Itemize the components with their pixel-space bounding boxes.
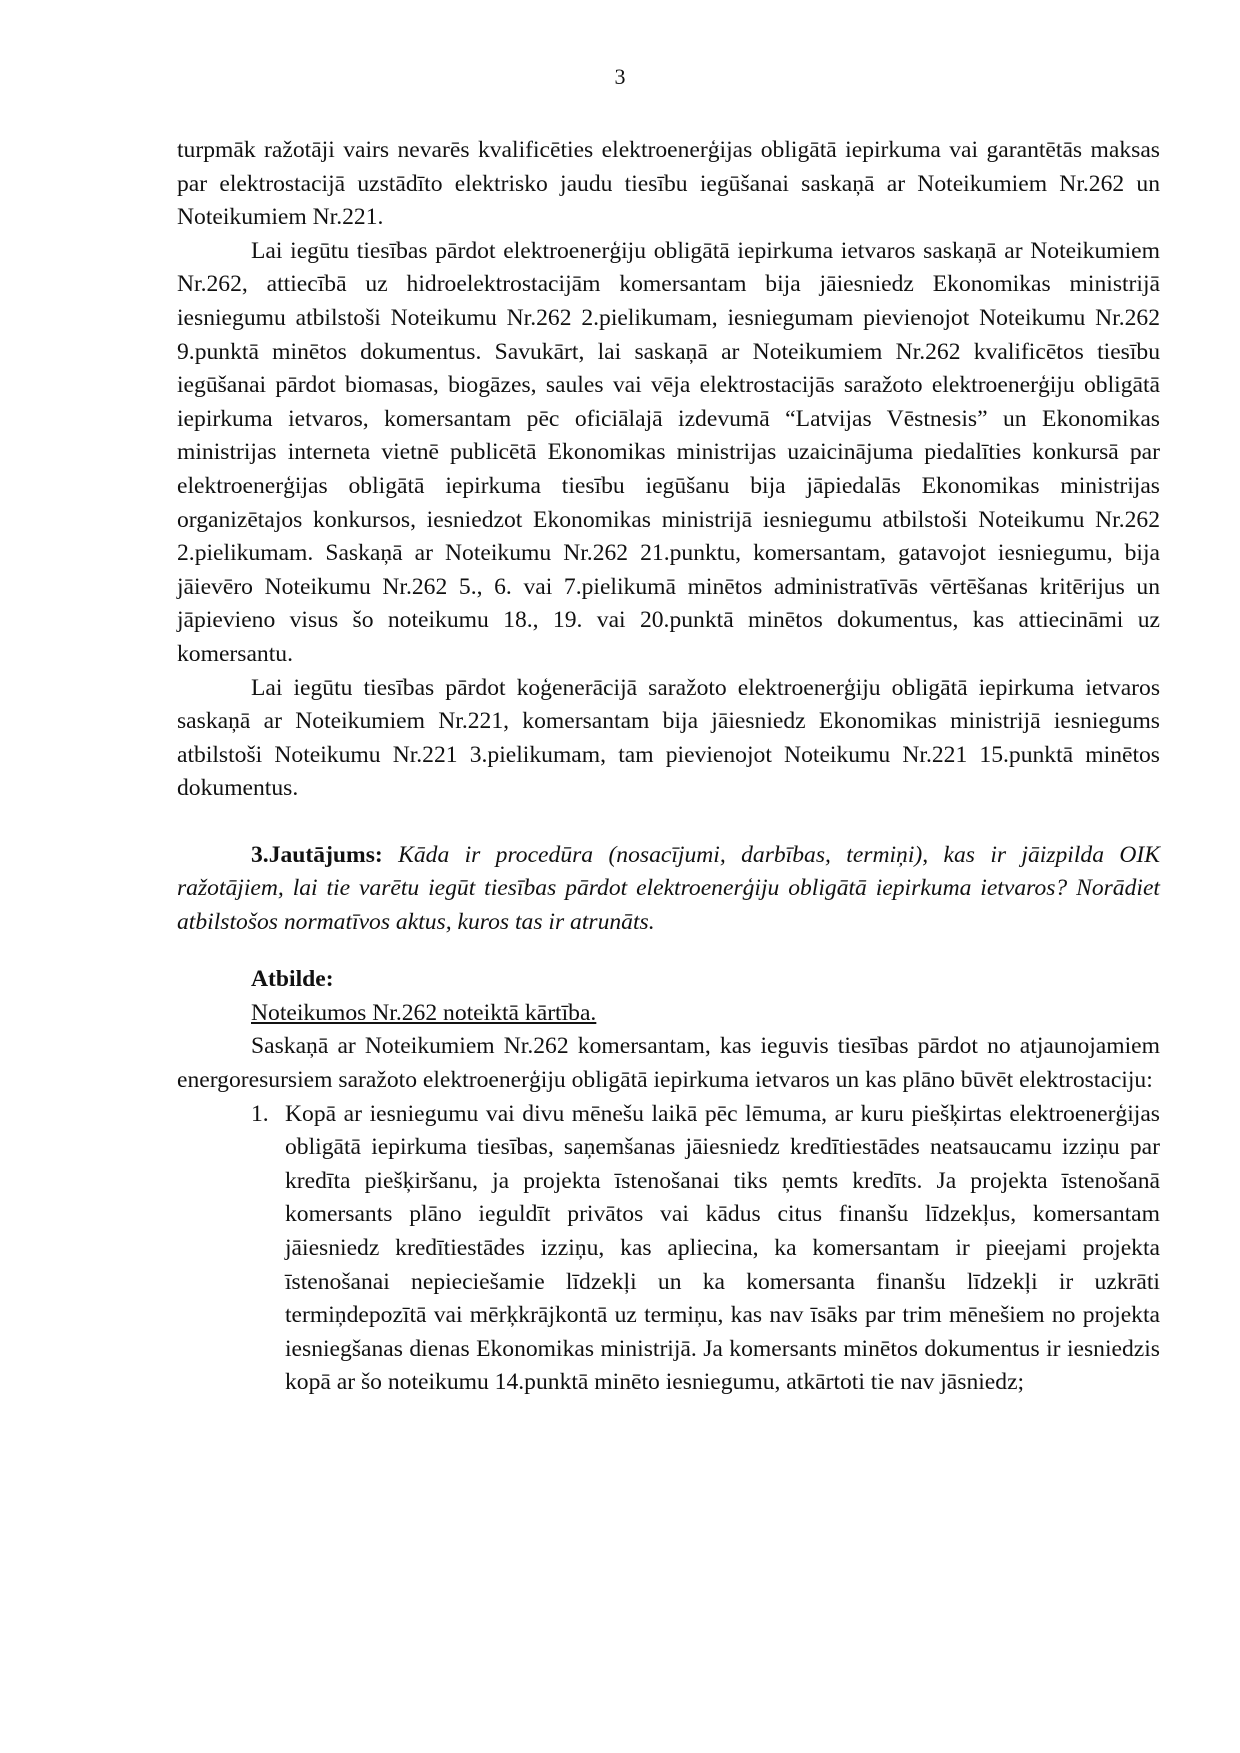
question-label: 3.Jautājums:: [251, 842, 383, 868]
page-number: 3: [0, 64, 1240, 90]
answer-intro: Saskaņā ar Noteikumiem Nr.262 komersanta…: [177, 1030, 1160, 1097]
answer-label: Atbilde:: [251, 963, 1160, 997]
paragraph-nr221-procedure: Lai iegūtu tiesības pārdot koģenerācijā …: [177, 672, 1160, 806]
document-body: turpmāk ražotāji vairs nevarēs kvalificē…: [177, 134, 1160, 1400]
list-item: 1. Kopā ar iesniegumu vai divu mēnešu la…: [177, 1098, 1160, 1400]
paragraph-nr262-procedure: Lai iegūtu tiesības pārdot elektroenerģi…: [177, 235, 1160, 672]
list-item-text: Kopā ar iesniegumu vai divu mēnešu laikā…: [285, 1101, 1160, 1396]
answer-subheading: Noteikumos Nr.262 noteiktā kārtība.: [251, 997, 1160, 1031]
requirements-list: 1. Kopā ar iesniegumu vai divu mēnešu la…: [177, 1098, 1160, 1400]
question-3: 3.Jautājums: Kāda ir procedūra (nosacīju…: [177, 839, 1160, 940]
list-marker: 1.: [251, 1098, 269, 1132]
paragraph-continuation: turpmāk ražotāji vairs nevarēs kvalificē…: [177, 134, 1160, 235]
